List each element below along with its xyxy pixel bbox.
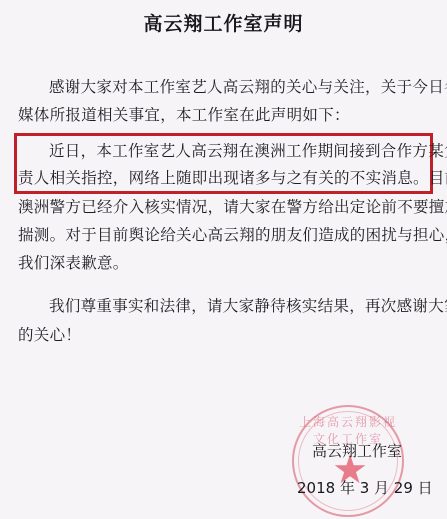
paragraph-2-line-1: 近日，本工作室艺人高云翔在澳洲工作期间接到合作方某负 — [49, 141, 447, 161]
paragraph-1-line-2: 媒体所报道相关事宜，本工作室在此声明如下： — [18, 105, 350, 125]
paragraph-2-line-2: 责人相关指控，网络上随即出现诸多与之有关的不实消息。目前， — [18, 168, 447, 188]
statement-document: 高云翔工作室声明 感谢大家对本工作室艺人高云翔的关心与关注，关于今日各 媒体所报… — [0, 0, 447, 519]
paragraph-3-line-1: 我们尊重事实和法律，请大家静待核实结果，再次感谢大家 — [49, 296, 447, 316]
document-title: 高云翔工作室声明 — [0, 9, 447, 36]
paragraph-1-line-1: 感谢大家对本工作室艺人高云翔的关心与关注，关于今日各 — [49, 77, 447, 97]
signature: 高云翔工作室 — [312, 440, 402, 461]
date: 2018 年 3 月 29 日 — [297, 477, 433, 498]
paragraph-3-line-2: 的关心！ — [18, 325, 81, 345]
paragraph-2-line-3: 澳洲警方已经介入核实情况，请大家在警方给出定论前不要擅加 — [18, 197, 447, 217]
paragraph-2-line-4: 揣测。对于目前舆论给关心高云翔的朋友们造成的困扰与担心， — [18, 225, 447, 245]
paragraph-2-line-5: 我们深表歉意。 — [18, 253, 129, 273]
official-seal: 上海高云翔影视文化工作室 ★ — [292, 405, 404, 517]
